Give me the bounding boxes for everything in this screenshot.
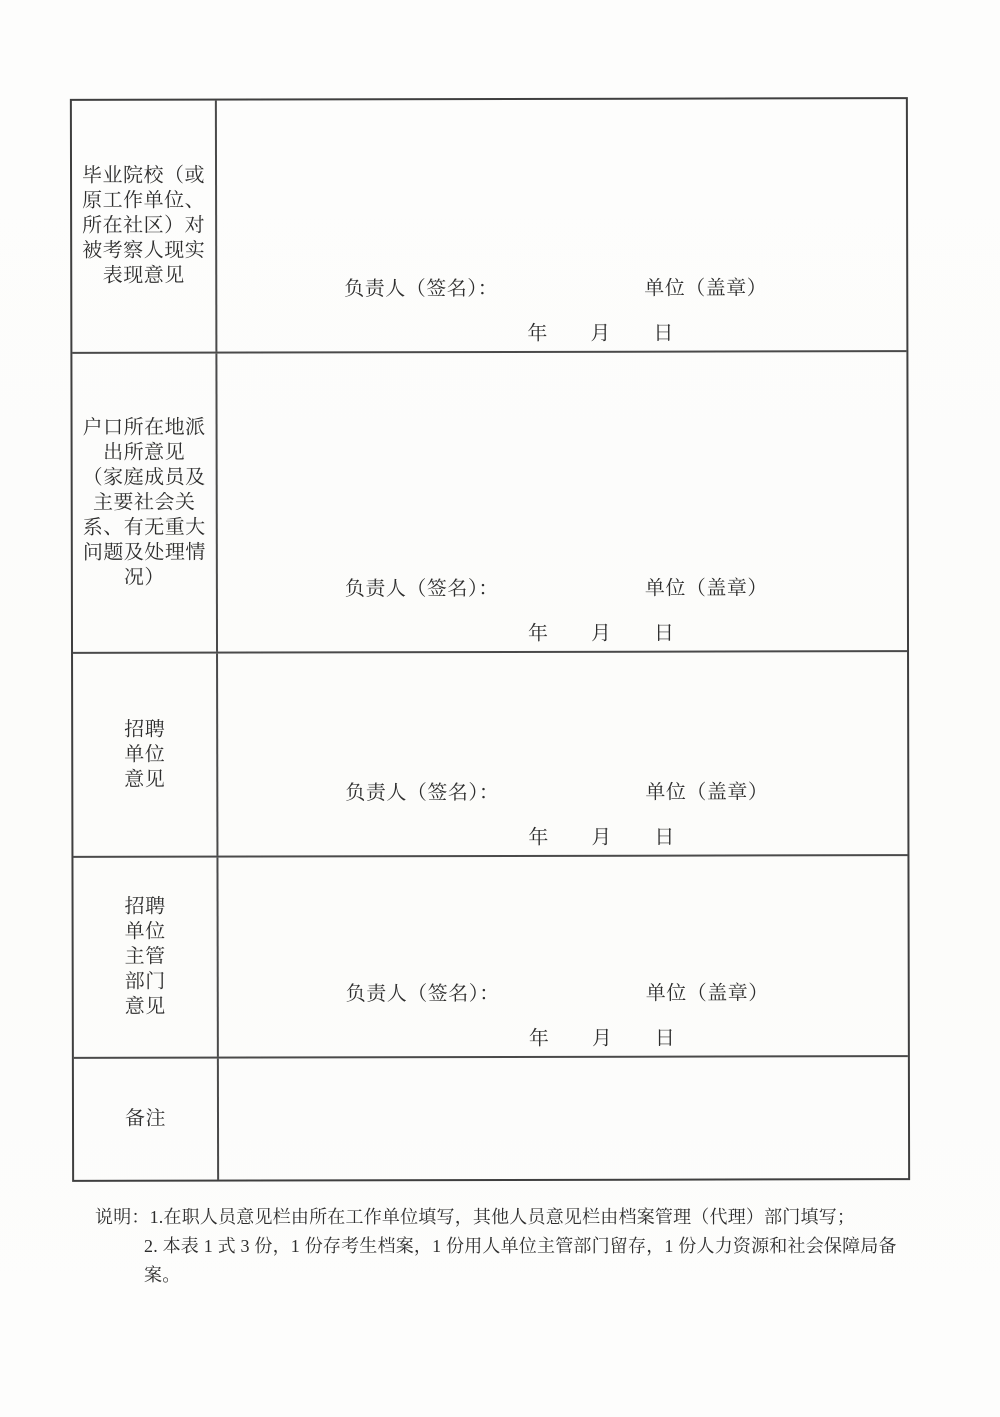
footnote-line-2: 2. 本表 1 式 3 份，1 份存考生档案，1 份用人单位主管部门留存，1 份… [144, 1232, 930, 1290]
row-label-text: 备注 [125, 1107, 166, 1132]
table-row-supervising-department-opinion: 招聘 单位 主管 部门 意见 负责人（签名）： 单位（盖章） 年 月 日 [73, 856, 907, 1059]
row-label-text: 户口所在地派 出所意见 （家庭成员及 主要社会关 系、有无重大 问题及处理情 况… [83, 415, 206, 590]
row-label-supervising-department-opinion: 招聘 单位 主管 部门 意见 [73, 858, 218, 1057]
signer-signature-label: 负责人（签名）： [344, 272, 498, 301]
employer-opinion-content-area: 负责人（签名）： 单位（盖章） 年 月 日 [218, 652, 907, 855]
row-label-text: 招聘 单位 意见 [124, 717, 165, 792]
table-row-police-opinion: 户口所在地派 出所意见 （家庭成员及 主要社会关 系、有无重大 问题及处理情 况… [72, 352, 907, 654]
footnotes: 说明：1.在职人员意见栏由所在工作单位填写，其他人员意见栏由档案管理（代理）部门… [95, 1203, 930, 1290]
school-opinion-content-area: 负责人（签名）： 单位（盖章） 年 月 日 [217, 99, 907, 351]
table-row-employer-opinion: 招聘 单位 意见 负责人（签名）： 单位（盖章） 年 月 日 [73, 652, 907, 858]
row-label-employer-opinion: 招聘 单位 意见 [73, 654, 218, 856]
date-year-month-day-label: 年 月 日 [528, 821, 675, 850]
signer-signature-label: 负责人（签名）： [346, 977, 500, 1006]
supervising-department-content-area: 负责人（签名）： 单位（盖章） 年 月 日 [218, 856, 907, 1056]
row-label-text: 毕业院校（或 原工作单位、 所在社区）对 被考察人现实 表现意见 [82, 164, 205, 289]
unit-seal-label: 单位（盖章） [644, 271, 767, 300]
table-row-remarks: 备注 [74, 1057, 908, 1180]
row-label-text: 招聘 单位 主管 部门 意见 [125, 895, 166, 1020]
date-year-month-day-label: 年 月 日 [528, 617, 675, 646]
table-row-school-opinion: 毕业院校（或 原工作单位、 所在社区）对 被考察人现实 表现意见 负责人（签名）… [72, 99, 907, 354]
police-opinion-content-area: 负责人（签名）： 单位（盖章） 年 月 日 [217, 352, 907, 651]
remarks-content-area [219, 1057, 908, 1179]
footnote-line-1: 说明：1.在职人员意见栏由所在工作单位填写，其他人员意见栏由档案管理（代理）部门… [95, 1203, 930, 1232]
date-year-month-day-label: 年 月 日 [529, 1022, 676, 1051]
opinion-form-table: 毕业院校（或 原工作单位、 所在社区）对 被考察人现实 表现意见 负责人（签名）… [70, 97, 910, 1182]
date-year-month-day-label: 年 月 日 [527, 317, 674, 346]
row-label-remarks: 备注 [74, 1059, 219, 1180]
signer-signature-label: 负责人（签名）： [345, 776, 499, 805]
unit-seal-label: 单位（盖章） [645, 571, 768, 600]
signer-signature-label: 负责人（签名）： [345, 572, 499, 601]
row-label-police-opinion: 户口所在地派 出所意见 （家庭成员及 主要社会关 系、有无重大 问题及处理情 况… [72, 354, 218, 652]
unit-seal-label: 单位（盖章） [645, 775, 768, 804]
unit-seal-label: 单位（盖章） [646, 976, 769, 1005]
row-label-school-opinion: 毕业院校（或 原工作单位、 所在社区）对 被考察人现实 表现意见 [72, 101, 218, 352]
scanned-form-page: 毕业院校（或 原工作单位、 所在社区）对 被考察人现实 表现意见 负责人（签名）… [0, 0, 1000, 1417]
